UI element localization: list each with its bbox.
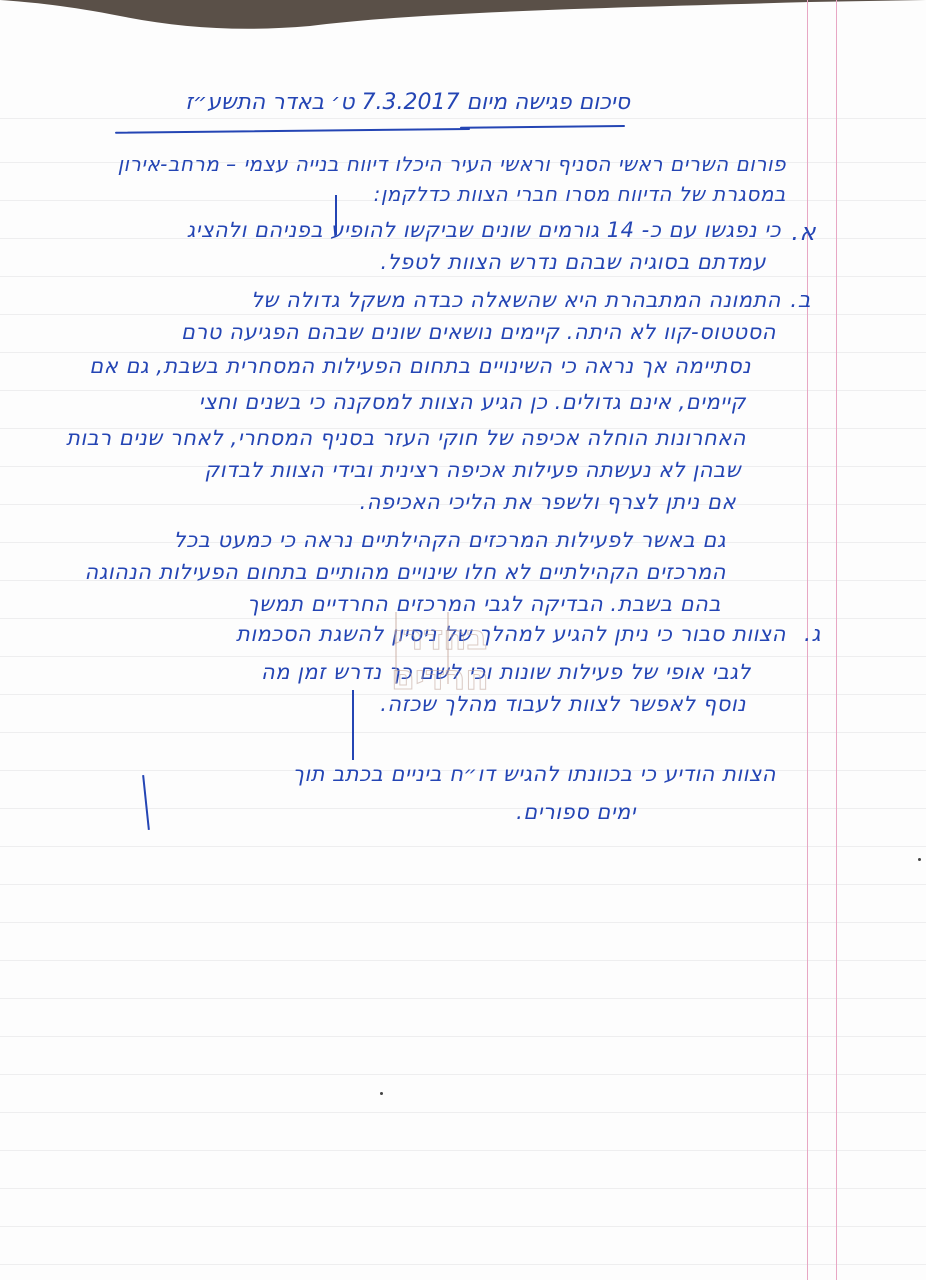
item-b-line-10: בהם בשבת. הבדיקה לגבי המרכזים החרדיים תמ…: [247, 592, 721, 616]
watermark-logo: בחדרי חרדים: [345, 618, 535, 678]
pen-stroke: [335, 195, 337, 235]
pen-stroke: [352, 690, 354, 760]
item-a-marker: א.: [791, 218, 816, 246]
closing-line-1: הצוות הודיע כי בכוונתו להגיש דו״ח ביניים…: [293, 762, 776, 786]
scan-speck: [380, 1092, 383, 1095]
item-b-line-2: הסטטוס-קוו לא היתה. קיימים נושאים שונים …: [181, 320, 776, 344]
item-c-marker: ג.: [804, 622, 821, 647]
margin-line-right: [836, 0, 837, 1280]
scanned-page: סיכום פגישה מיום 7.3.2017 ט׳ באדר התשע״ז…: [0, 0, 926, 1280]
item-b-marker: ב.: [790, 288, 811, 313]
intro-line-2: במסגרת של הדיווח מסרו חברי הצוות כדלקמן:: [374, 182, 786, 206]
item-b-line-6: שבהן לא נעשתה פעילות אכיפה רצינית ובידי …: [204, 458, 741, 482]
intro-line-1: פורום השרים ראשי הסניף וראשי העיר היכלו …: [118, 152, 786, 176]
item-a-line-1: כי נפגשו עם כ- 14 גורמים שונים שביקשו לה…: [187, 218, 781, 242]
document-title: סיכום פגישה מיום 7.3.2017 ט׳ באדר התשע״ז: [185, 90, 630, 115]
pen-stroke: [142, 775, 150, 830]
closing-line-2: ימים ספורים.: [516, 800, 636, 824]
item-a-line-2: עמדתם בסוגיה שבהם נדרש הצוות לטפל.: [380, 250, 766, 274]
title-underline: [115, 128, 470, 134]
title-underline-right: [460, 125, 625, 129]
item-b-line-9: המרכזים הקהילתיים לא חלו שינויים מהותיים…: [85, 560, 726, 584]
item-b-line-7: אם ניתן לצרף ולשפר את הליכי האכיפה.: [360, 490, 736, 514]
item-b-line-8: גם באשר לפעילות המרכזים הקהילתיים נראה כ…: [174, 528, 726, 552]
item-b-line-1: התמונה המתבהרת היא שהשאלה כבדה משקל גדול…: [251, 288, 781, 312]
item-b-line-3: נסתיימה אך נראה כי השינויים בתחום הפעילו…: [89, 354, 751, 378]
scan-speck: [918, 858, 921, 861]
scan-edge-shadow: [0, 0, 926, 34]
item-b-line-5: האחרונות הוחלה אכיפה של חוקי העזר בסניף …: [66, 426, 746, 450]
item-b-line-4: קיימים, אינם גדולים. כן הגיע הצוות למסקנ…: [199, 390, 746, 414]
